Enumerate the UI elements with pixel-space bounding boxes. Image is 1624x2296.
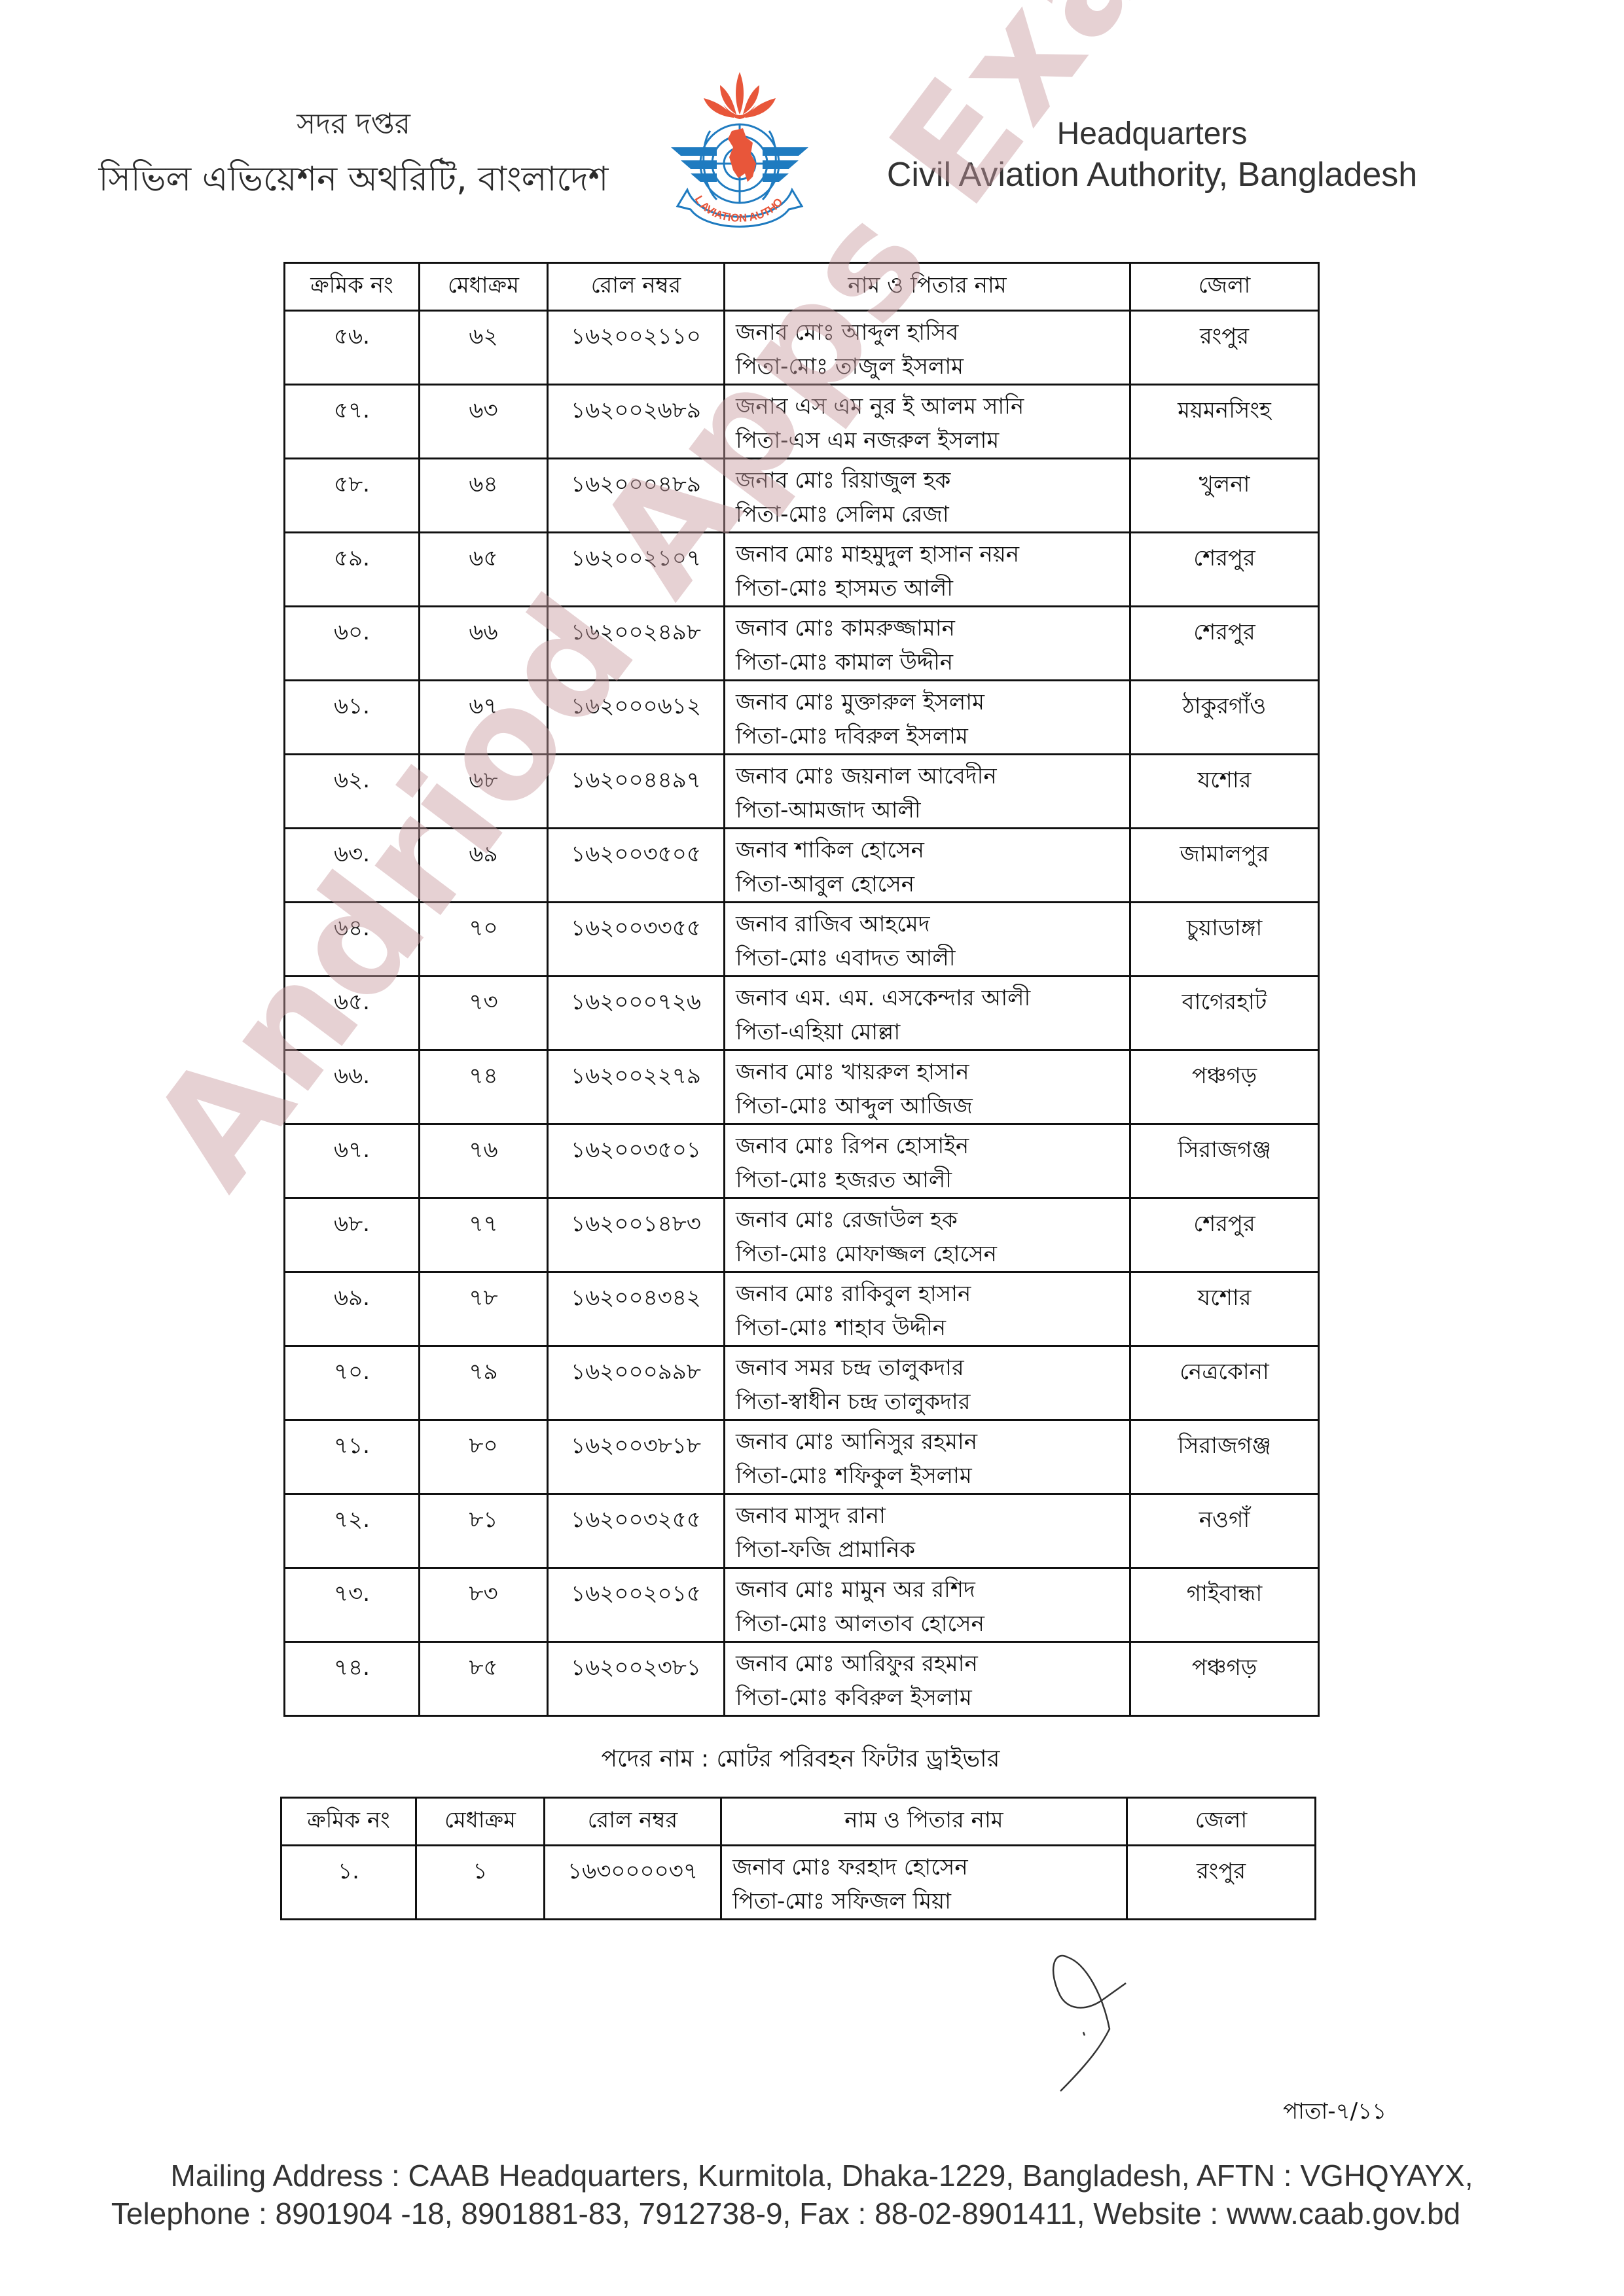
cell-district: সিরাজগঞ্জ: [1130, 1124, 1319, 1198]
candidate-name: জনাব মোঃ জয়নাল আবেদীন: [736, 759, 1121, 793]
cell-district: ঠাকুরগাঁও: [1130, 681, 1319, 755]
table-row: ৭০.৭৯১৬২০০০৯৯৮জনাব সমর চন্দ্র তালুকদারপি…: [285, 1346, 1319, 1420]
father-name: পিতা-মোঃ দবিরুল ইসলাম: [736, 719, 1121, 753]
cell-serial: ৭৪.: [285, 1642, 420, 1716]
cell-serial: ৬৪.: [285, 903, 420, 977]
candidate-name: জনাব মোঃ রেজাউল হক: [736, 1203, 1121, 1237]
cell-serial: ৭১.: [285, 1420, 420, 1494]
table-header-row: ক্রমিক নং মেধাক্রম রোল নম্বর নাম ও পিতার…: [285, 263, 1319, 311]
father-name: পিতা-আবুল হোসেন: [736, 867, 1121, 901]
cell-district: পঞ্চগড়: [1130, 1050, 1319, 1124]
candidate-name: জনাব এম. এম. এসকেন্দার আলী: [736, 981, 1121, 1015]
cell-roll: ১৬২০০২০১৫: [548, 1568, 725, 1642]
cell-district: চুয়াডাঙ্গা: [1130, 903, 1319, 977]
cell-district: জামালপুর: [1130, 829, 1319, 903]
table-row: ৬২.৬৮১৬২০০৪৪৯৭জনাব মোঃ জয়নাল আবেদীনপিতা…: [285, 755, 1319, 829]
cell-roll: ১৬২০০৩৫০৫: [548, 829, 725, 903]
table-row: ১.১১৬৩০০০০৩৭জনাব মোঃ ফরহাদ হোসেনপিতা-মোঃ…: [281, 1846, 1316, 1920]
header-en-line1: Headquarters: [838, 115, 1466, 154]
table-row: ৫৮.৬৪১৬২০০০৪৮৯জনাব মোঃ রিয়াজুল হকপিতা-ম…: [285, 459, 1319, 533]
table-row: ৬৪.৭০১৬২০০৩৩৫৫জনাব রাজিব আহমেদপিতা-মোঃ এ…: [285, 903, 1319, 977]
header-en-line2: Civil Aviation Authority, Bangladesh: [838, 154, 1466, 196]
table-row: ৭৪.৮৫১৬২০০২৩৮১জনাব মোঃ আরিফুর রহমানপিতা-…: [285, 1642, 1319, 1716]
cell-roll: ১৬২০০৩৩৫৫: [548, 903, 725, 977]
table-row: ৬৬.৭৪১৬২০০২২৭৯জনাব মোঃ খায়রুল হাসানপিতা…: [285, 1050, 1319, 1124]
col-district: জেলা: [1130, 263, 1319, 311]
table-row: ৭১.৮০১৬২০০৩৮১৮জনাব মোঃ আনিসুর রহমানপিতা-…: [285, 1420, 1319, 1494]
father-name: পিতা-মোঃ এবাদত আলী: [736, 941, 1121, 975]
cell-merit: ৭৯: [420, 1346, 548, 1420]
cell-merit: ৬৮: [420, 755, 548, 829]
cell-serial: ৬৮.: [285, 1198, 420, 1272]
cell-merit: ৬৯: [420, 829, 548, 903]
father-name: পিতা-মোঃ শাহাব উদ্দীন: [736, 1311, 1121, 1345]
cell-name: জনাব মোঃ খায়রুল হাসানপিতা-মোঃ আব্দুল আজ…: [725, 1050, 1130, 1124]
cell-name: জনাব সমর চন্দ্র তালুকদারপিতা-স্বাধীন চন্…: [725, 1346, 1130, 1420]
table-row: ৬৯.৭৮১৬২০০৪৩৪২জনাব মোঃ রাকিবুল হাসানপিতা…: [285, 1272, 1319, 1346]
cell-serial: ৭৩.: [285, 1568, 420, 1642]
footer: Mailing Address : CAAB Headquarters, Kur…: [0, 2157, 1624, 2233]
cell-roll: ১৬২০০০৭২৬: [548, 977, 725, 1050]
cell-district: যশোর: [1130, 755, 1319, 829]
col-name: নাম ও পিতার নাম: [725, 263, 1130, 311]
candidate-name: জনাব মোঃ মাহমুদুল হাসান নয়ন: [736, 537, 1121, 571]
cell-district: সিরাজগঞ্জ: [1130, 1420, 1319, 1494]
cell-serial: ৬৫.: [285, 977, 420, 1050]
cell-serial: ৬০.: [285, 607, 420, 681]
cell-name: জনাব মোঃ আব্দুল হাসিবপিতা-মোঃ তাজুল ইসলা…: [725, 311, 1130, 385]
cell-roll: ১৬৩০০০০৩৭: [545, 1846, 721, 1920]
father-name: পিতা-আমজাদ আলী: [736, 793, 1121, 827]
cell-district: যশোর: [1130, 1272, 1319, 1346]
table-row: ৬৮.৭৭১৬২০০১৪৮৩জনাব মোঃ রেজাউল হকপিতা-মোঃ…: [285, 1198, 1319, 1272]
cell-serial: ৫৮.: [285, 459, 420, 533]
cell-district: পঞ্চগড়: [1130, 1642, 1319, 1716]
candidate-name: জনাব মোঃ আনিসুর রহমান: [736, 1425, 1121, 1459]
candidate-name: জনাব মোঃ মামুন অর রশিদ: [736, 1573, 1121, 1607]
cell-merit: ১: [416, 1846, 545, 1920]
header-bangla: সদর দপ্তর সিভিল এভিয়েশন অথরিটি, বাংলাদে…: [65, 105, 641, 206]
cell-serial: ৫৯.: [285, 533, 420, 607]
cell-name: জনাব মোঃ মুক্তারুল ইসলামপিতা-মোঃ দবিরুল …: [725, 681, 1130, 755]
cell-serial: ৬৯.: [285, 1272, 420, 1346]
results-table-2: ক্রমিক নং মেধাক্রম রোল নম্বর নাম ও পিতার…: [280, 1797, 1316, 1920]
cell-serial: ৭২.: [285, 1494, 420, 1568]
cell-merit: ৬৬: [420, 607, 548, 681]
cell-name: জনাব মোঃ আনিসুর রহমানপিতা-মোঃ শফিকুল ইসল…: [725, 1420, 1130, 1494]
col-serial: ক্রমিক নং: [281, 1798, 416, 1846]
col-name: নাম ও পিতার নাম: [721, 1798, 1127, 1846]
cell-district: নেত্রকোনা: [1130, 1346, 1319, 1420]
cell-merit: ৮০: [420, 1420, 548, 1494]
cell-roll: ১৬২০০০৯৯৮: [548, 1346, 725, 1420]
cell-name: জনাব মোঃ মামুন অর রশিদপিতা-মোঃ আলতাব হোস…: [725, 1568, 1130, 1642]
cell-roll: ১৬২০০১৪৮৩: [548, 1198, 725, 1272]
cell-merit: ৬৩: [420, 385, 548, 459]
father-name: পিতা-ফজি প্রামানিক: [736, 1533, 1121, 1567]
cell-roll: ১৬২০০২৪৯৮: [548, 607, 725, 681]
cell-serial: ৬৬.: [285, 1050, 420, 1124]
cell-district: শেরপুর: [1130, 607, 1319, 681]
father-name: পিতা-মোঃ মোফাজ্জল হোসেন: [736, 1237, 1121, 1271]
cell-merit: ৬৫: [420, 533, 548, 607]
cell-serial: ৫৭.: [285, 385, 420, 459]
father-name: পিতা-মোঃ সফিজল মিয়া: [732, 1884, 1118, 1918]
table-row: ৬৭.৭৬১৬২০০৩৫০১জনাব মোঃ রিপন হোসাইনপিতা-ম…: [285, 1124, 1319, 1198]
father-name: পিতা-এস এম নজরুল ইসলাম: [736, 423, 1121, 457]
table-row: ৫৭.৬৩১৬২০০২৬৮৯জনাব এস এম নুর ই আলম সানিপ…: [285, 385, 1319, 459]
cell-roll: ১৬২০০২৬৮৯: [548, 385, 725, 459]
header-bn-line2: সিভিল এভিয়েশন অথরিটি, বাংলাদেশ: [65, 153, 641, 206]
cell-roll: ১৬২০০২২৭৯: [548, 1050, 725, 1124]
candidate-name: জনাব মোঃ আরিফুর রহমান: [736, 1647, 1121, 1681]
signature: [1041, 1944, 1172, 2101]
col-serial: ক্রমিক নং: [285, 263, 420, 311]
cell-merit: ৬৭: [420, 681, 548, 755]
cell-serial: ১.: [281, 1846, 416, 1920]
candidate-name: জনাব রাজিব আহমেদ: [736, 907, 1121, 941]
cell-serial: ৬৩.: [285, 829, 420, 903]
cell-district: খুলনা: [1130, 459, 1319, 533]
cell-merit: ৮১: [420, 1494, 548, 1568]
cell-name: জনাব শাকিল হোসেনপিতা-আবুল হোসেন: [725, 829, 1130, 903]
cell-roll: ১৬২০০২১০৭: [548, 533, 725, 607]
col-merit: মেধাক্রম: [416, 1798, 545, 1846]
col-merit: মেধাক্রম: [420, 263, 548, 311]
cell-district: রংপুর: [1130, 311, 1319, 385]
table-row: ৫৯.৬৫১৬২০০২১০৭জনাব মোঃ মাহমুদুল হাসান নয…: [285, 533, 1319, 607]
cell-merit: ৮৩: [420, 1568, 548, 1642]
father-name: পিতা-মোঃ আব্দুল আজিজ: [736, 1089, 1121, 1123]
page-number: পাতা-৭/১১: [1283, 2094, 1386, 2132]
header-english: Headquarters Civil Aviation Authority, B…: [838, 115, 1466, 196]
cell-name: জনাব মাসুদ রানাপিতা-ফজি প্রামানিক: [725, 1494, 1130, 1568]
candidate-name: জনাব মোঃ রাকিবুল হাসান: [736, 1277, 1121, 1311]
table-header-row: ক্রমিক নং মেধাক্রম রোল নম্বর নাম ও পিতার…: [281, 1798, 1316, 1846]
cell-roll: ১৬২০০৩৫০১: [548, 1124, 725, 1198]
cell-merit: ৭৪: [420, 1050, 548, 1124]
cell-roll: ১৬২০০৪৪৯৭: [548, 755, 725, 829]
cell-district: রংপুর: [1127, 1846, 1316, 1920]
candidate-name: জনাব মোঃ ফরহাদ হোসেন: [732, 1850, 1118, 1884]
header-bn-line1: সদর দপ্তর: [65, 105, 641, 144]
cell-name: জনাব মোঃ আরিফুর রহমানপিতা-মোঃ কবিরুল ইসল…: [725, 1642, 1130, 1716]
cell-name: জনাব মোঃ রেজাউল হকপিতা-মোঃ মোফাজ্জল হোসে…: [725, 1198, 1130, 1272]
father-name: পিতা-মোঃ কামাল উদ্দীন: [736, 645, 1121, 679]
cell-district: নওগাঁ: [1130, 1494, 1319, 1568]
father-name: পিতা-এহিয়া মোল্লা: [736, 1015, 1121, 1049]
cell-merit: ৭৬: [420, 1124, 548, 1198]
col-roll: রোল নম্বর: [545, 1798, 721, 1846]
table-row: ৬৫.৭৩১৬২০০০৭২৬জনাব এম. এম. এসকেন্দার আলী…: [285, 977, 1319, 1050]
father-name: পিতা-মোঃ সেলিম রেজা: [736, 497, 1121, 531]
cell-merit: ৮৫: [420, 1642, 548, 1716]
candidate-name: জনাব মোঃ মুক্তারুল ইসলাম: [736, 685, 1121, 719]
table-row: ৬৩.৬৯১৬২০০৩৫০৫জনাব শাকিল হোসেনপিতা-আবুল …: [285, 829, 1319, 903]
results-table-1: ক্রমিক নং মেধাক্রম রোল নম্বর নাম ও পিতার…: [283, 262, 1320, 1717]
cell-district: ময়মনসিংহ: [1130, 385, 1319, 459]
father-name: পিতা-মোঃ হজরত আলী: [736, 1163, 1121, 1197]
cell-merit: ৬৪: [420, 459, 548, 533]
cell-merit: ৭৭: [420, 1198, 548, 1272]
candidate-name: জনাব মোঃ রিয়াজুল হক: [736, 463, 1121, 497]
cell-name: জনাব মোঃ মাহমুদুল হাসান নয়নপিতা-মোঃ হাস…: [725, 533, 1130, 607]
cell-merit: ৭০: [420, 903, 548, 977]
father-name: পিতা-মোঃ তাজুল ইসলাম: [736, 350, 1121, 384]
cell-roll: ১৬২০০২১১০: [548, 311, 725, 385]
cell-roll: ১৬২০০৩৮১৮: [548, 1420, 725, 1494]
father-name: পিতা-মোঃ শফিকুল ইসলাম: [736, 1459, 1121, 1493]
cell-name: জনাব মোঃ রিপন হোসাইনপিতা-মোঃ হজরত আলী: [725, 1124, 1130, 1198]
cell-name: জনাব মোঃ রাকিবুল হাসানপিতা-মোঃ শাহাব উদ্…: [725, 1272, 1130, 1346]
col-district: জেলা: [1127, 1798, 1316, 1846]
cell-name: জনাব এস এম নুর ই আলম সানিপিতা-এস এম নজরু…: [725, 385, 1130, 459]
cell-district: বাগেরহাট: [1130, 977, 1319, 1050]
cell-name: জনাব মোঃ জয়নাল আবেদীনপিতা-আমজাদ আলী: [725, 755, 1130, 829]
table-row: ৫৬.৬২১৬২০০২১১০জনাব মোঃ আব্দুল হাসিবপিতা-…: [285, 311, 1319, 385]
candidate-name: জনাব সমর চন্দ্র তালুকদার: [736, 1351, 1121, 1385]
candidate-name: জনাব এস এম নুর ই আলম সানি: [736, 389, 1121, 423]
cell-serial: ৫৬.: [285, 311, 420, 385]
candidate-name: জনাব মোঃ রিপন হোসাইন: [736, 1129, 1121, 1163]
cell-name: জনাব মোঃ ফরহাদ হোসেনপিতা-মোঃ সফিজল মিয়া: [721, 1846, 1127, 1920]
table-row: ৭২.৮১১৬২০০৩২৫৫জনাব মাসুদ রানাপিতা-ফজি প্…: [285, 1494, 1319, 1568]
father-name: পিতা-স্বাধীন চন্দ্র তালুকদার: [736, 1385, 1121, 1419]
cell-serial: ৬৭.: [285, 1124, 420, 1198]
cell-name: জনাব মোঃ কামরুজ্জামানপিতা-মোঃ কামাল উদ্দ…: [725, 607, 1130, 681]
table-row: ৬০.৬৬১৬২০০২৪৯৮জনাব মোঃ কামরুজ্জামানপিতা-…: [285, 607, 1319, 681]
father-name: পিতা-মোঃ কবিরুল ইসলাম: [736, 1681, 1121, 1715]
candidate-name: জনাব মোঃ আব্দুল হাসিব: [736, 315, 1121, 350]
table-row: ৬১.৬৭১৬২০০০৬১২জনাব মোঃ মুক্তারুল ইসলামপি…: [285, 681, 1319, 755]
cell-name: জনাব মোঃ রিয়াজুল হকপিতা-মোঃ সেলিম রেজা: [725, 459, 1130, 533]
cell-merit: ৭৩: [420, 977, 548, 1050]
cell-serial: ৭০.: [285, 1346, 420, 1420]
cell-roll: ১৬২০০২৩৮১: [548, 1642, 725, 1716]
footer-address: Mailing Address : CAAB Headquarters, Kur…: [0, 2157, 1624, 2195]
cell-name: জনাব রাজিব আহমেদপিতা-মোঃ এবাদত আলী: [725, 903, 1130, 977]
post-title: পদের নাম : মোটর পরিবহন ফিটার ড্রাইভার: [283, 1741, 1318, 1780]
footer-contact: Telephone : 8901904 -18, 8901881-83, 791…: [0, 2195, 1624, 2233]
cell-serial: ৬১.: [285, 681, 420, 755]
col-roll: রোল নম্বর: [548, 263, 725, 311]
cell-merit: ৭৮: [420, 1272, 548, 1346]
cell-serial: ৬২.: [285, 755, 420, 829]
cell-name: জনাব এম. এম. এসকেন্দার আলীপিতা-এহিয়া মো…: [725, 977, 1130, 1050]
candidate-name: জনাব শাকিল হোসেন: [736, 833, 1121, 867]
cell-district: শেরপুর: [1130, 1198, 1319, 1272]
cell-district: গাইবান্ধা: [1130, 1568, 1319, 1642]
candidate-name: জনাব মোঃ খায়রুল হাসান: [736, 1055, 1121, 1089]
caab-logo-icon: CIVIL AVIATION AUTHORITY: [655, 65, 825, 236]
candidate-name: জনাব মাসুদ রানা: [736, 1499, 1121, 1533]
cell-roll: ১৬২০০৩২৫৫: [548, 1494, 725, 1568]
cell-roll: ১৬২০০০৬১২: [548, 681, 725, 755]
father-name: পিতা-মোঃ হাসমত আলী: [736, 571, 1121, 605]
cell-district: শেরপুর: [1130, 533, 1319, 607]
cell-roll: ১৬২০০৪৩৪২: [548, 1272, 725, 1346]
candidate-name: জনাব মোঃ কামরুজ্জামান: [736, 611, 1121, 645]
cell-roll: ১৬২০০০৪৮৯: [548, 459, 725, 533]
cell-merit: ৬২: [420, 311, 548, 385]
father-name: পিতা-মোঃ আলতাব হোসেন: [736, 1607, 1121, 1641]
table-row: ৭৩.৮৩১৬২০০২০১৫জনাব মোঃ মামুন অর রশিদপিতা…: [285, 1568, 1319, 1642]
